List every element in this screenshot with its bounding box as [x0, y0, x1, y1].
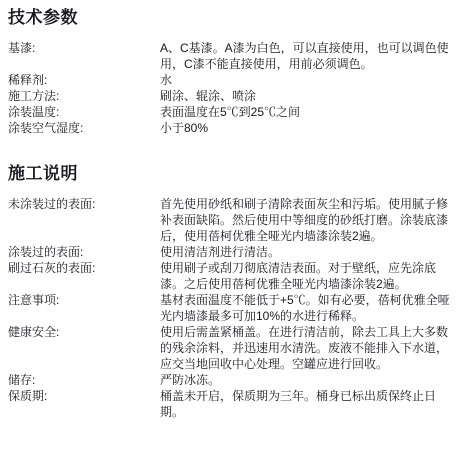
spec-label: 施工方法:: [8, 88, 160, 104]
spec-label: 涂装过的表面:: [8, 244, 160, 260]
spec-value: 基材表面温度不能低于+5℃。如有必要，蓓柯优雅全哑光内墙漆最多可加10%的水进行…: [160, 292, 452, 324]
spec-label: 未涂装过的表面:: [8, 196, 160, 212]
spec-value: 桶盖未开启，保质期为三年。桶身已标出质保终止日期。: [160, 388, 452, 420]
spec-value: 小于80%: [160, 120, 452, 136]
spec-label: 健康安全:: [8, 324, 160, 340]
spec-value: 使用后需盖紧桶盖。在进行清洁前，除去工具上大多数的残余涂料，并迅速用水清洗。废液…: [160, 324, 452, 372]
spec-value: 使用清洁剂进行清洁。: [160, 244, 452, 260]
spec-row-unpainted-surface: 未涂装过的表面: 首先使用砂纸和刷子清除表面灰尘和污垢。使用腻子修补表面缺陷。然…: [8, 196, 452, 244]
spec-row-precautions: 注意事项: 基材表面温度不能低于+5℃。如有必要，蓓柯优雅全哑光内墙漆最多可加1…: [8, 292, 452, 324]
spec-row-shelf-life: 保质期: 桶盖未开启，保质期为三年。桶身已标出质保终止日期。: [8, 388, 452, 420]
spec-label: 保质期:: [8, 388, 160, 404]
technical-datasheet: 技术参数 基漆: A、C基漆。A漆为白色，可以直接使用，也可以调色使用，C漆不能…: [0, 0, 460, 428]
spec-row-air-humidity: 涂装空气湿度: 小于80%: [8, 120, 452, 136]
spec-row-thinner: 稀释剂: 水: [8, 72, 452, 88]
section-title-application-instructions: 施工说明: [8, 164, 452, 183]
spec-row-application-temperature: 涂装温度: 表面温度在5℃到25℃之间: [8, 104, 452, 120]
spec-value: 严防冰冻。: [160, 372, 452, 388]
spec-value: 表面温度在5℃到25℃之间: [160, 104, 452, 120]
spec-value: 水: [160, 72, 452, 88]
spec-row-application-method: 施工方法: 刷涂、辊涂、喷涂: [8, 88, 452, 104]
spec-row-health-safety: 健康安全: 使用后需盖紧桶盖。在进行清洁前，除去工具上大多数的残余涂料，并迅速用…: [8, 324, 452, 372]
spec-label: 基漆:: [8, 40, 160, 56]
spec-label: 稀释剂:: [8, 72, 160, 88]
spec-value: 刷涂、辊涂、喷涂: [160, 88, 452, 104]
spec-label: 涂装空气湿度:: [8, 120, 160, 136]
section-application-instructions: 施工说明 未涂装过的表面: 首先使用砂纸和刷子清除表面灰尘和污垢。使用腻子修补表…: [8, 164, 452, 420]
section-title-technical-parameters: 技术参数: [8, 8, 452, 27]
spec-label: 储存:: [8, 372, 160, 388]
spec-value: A、C基漆。A漆为白色，可以直接使用，也可以调色使用，C漆不能直接使用，用前必须…: [160, 40, 452, 72]
spec-label: 刷过石灰的表面:: [8, 260, 160, 276]
spec-value: 首先使用砂纸和刷子清除表面灰尘和污垢。使用腻子修补表面缺陷。然后使用中等细度的砂…: [160, 196, 452, 244]
spec-value: 使用刷子或刮刀彻底清洁表面。对于壁纸，应先涂底漆。之后使用蓓柯优雅全哑光内墙漆涂…: [160, 260, 452, 292]
spec-row-storage: 储存: 严防冰冻。: [8, 372, 452, 388]
spec-row-limewashed-surface: 刷过石灰的表面: 使用刷子或刮刀彻底清洁表面。对于壁纸，应先涂底漆。之后使用蓓柯…: [8, 260, 452, 292]
spec-label: 注意事项:: [8, 292, 160, 308]
spec-row-painted-surface: 涂装过的表面: 使用清洁剂进行清洁。: [8, 244, 452, 260]
spec-label: 涂装温度:: [8, 104, 160, 120]
section-technical-parameters: 技术参数 基漆: A、C基漆。A漆为白色，可以直接使用，也可以调色使用，C漆不能…: [8, 8, 452, 136]
spec-row-base-paint: 基漆: A、C基漆。A漆为白色，可以直接使用，也可以调色使用，C漆不能直接使用，…: [8, 40, 452, 72]
